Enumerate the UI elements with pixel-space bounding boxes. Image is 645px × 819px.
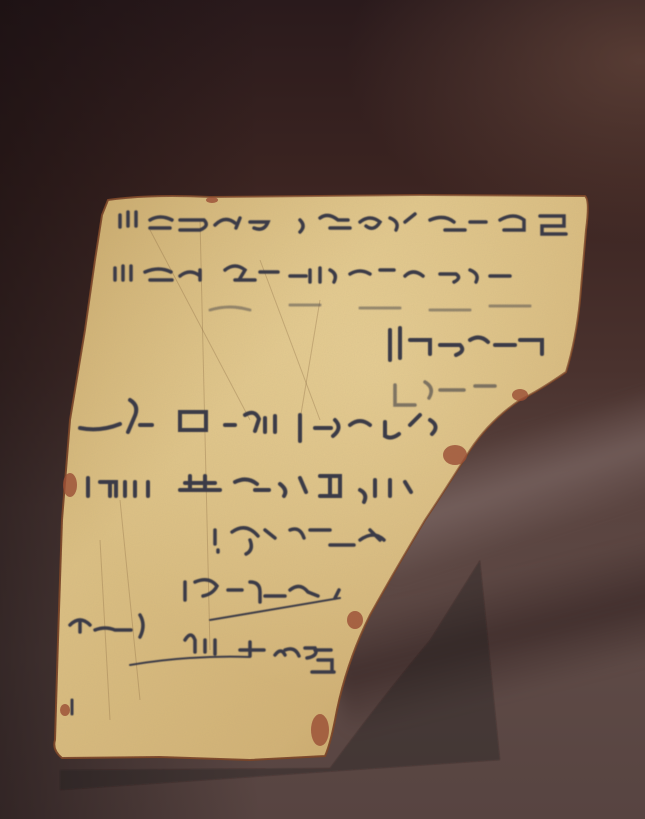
ostracon-shard [0,0,645,819]
